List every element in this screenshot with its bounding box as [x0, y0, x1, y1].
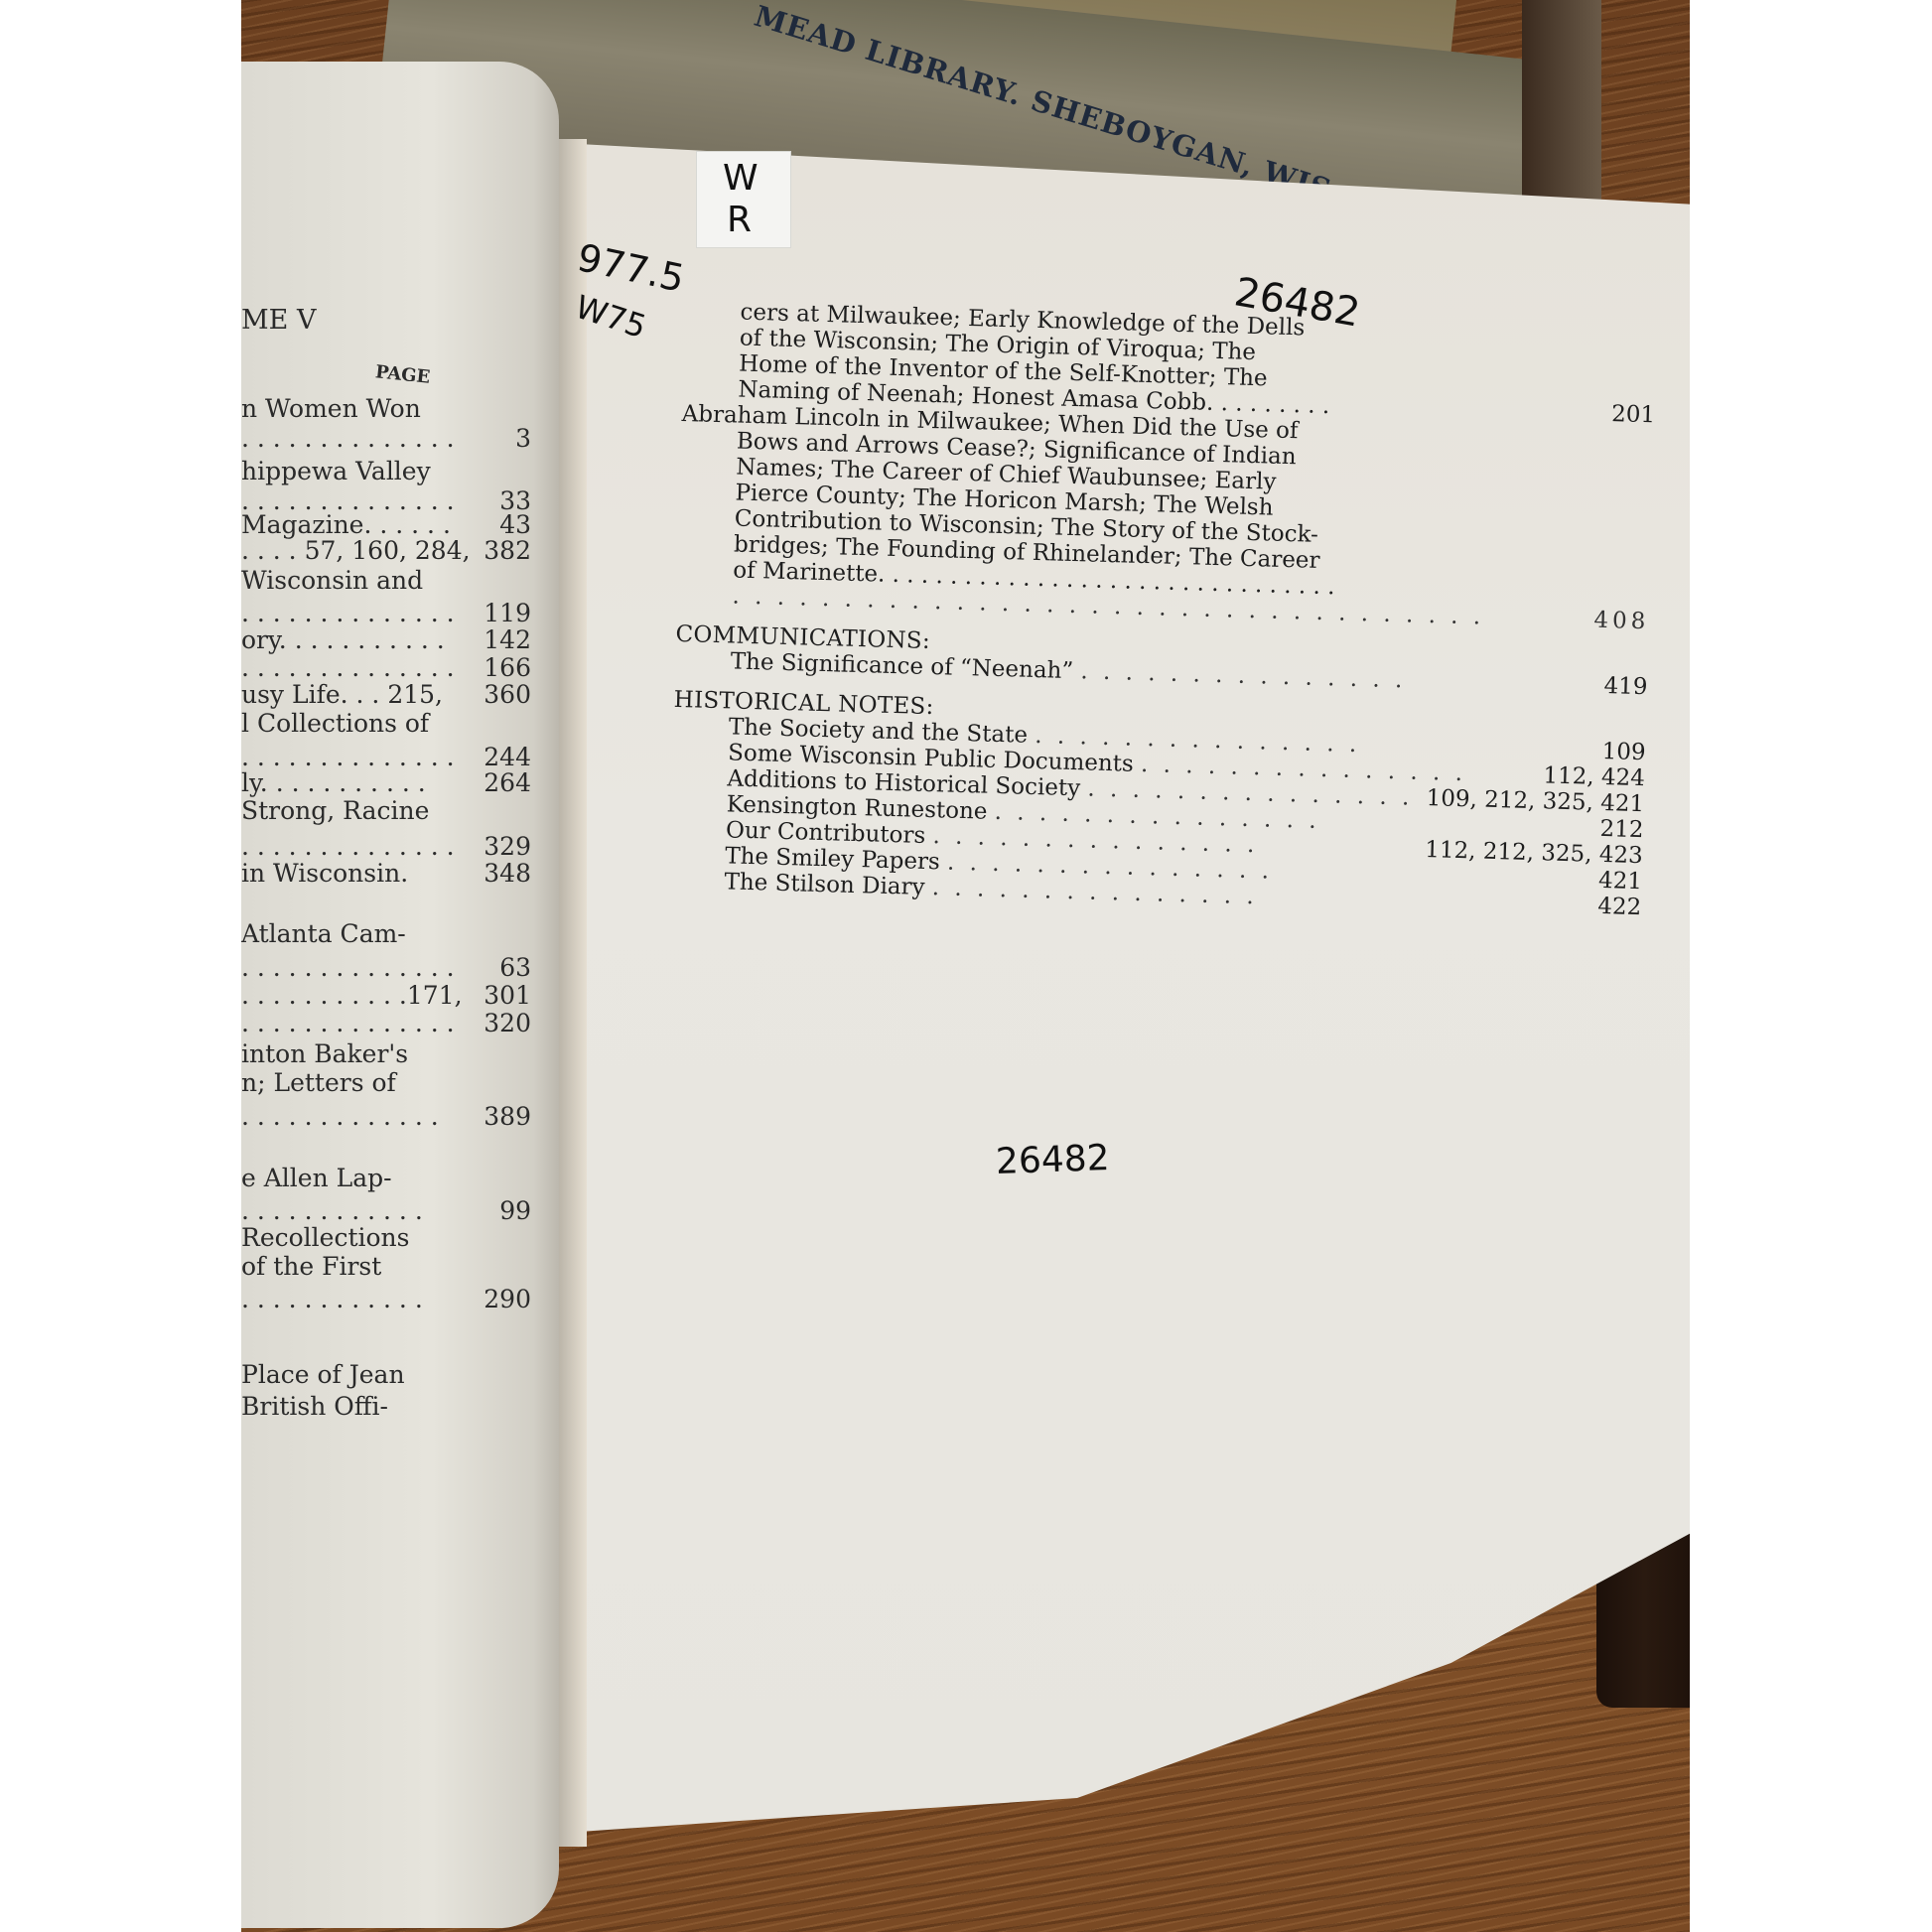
left-toc-page: 244: [472, 743, 531, 771]
left-toc-page: 63: [472, 953, 531, 982]
left-toc-fragment: . . . . 57, 160, 284,: [241, 536, 471, 565]
left-toc-fragment: . . . . . . . . . . .171,: [241, 981, 463, 1010]
left-toc-fragment: . . . . . . . . . . . .: [241, 1196, 423, 1225]
sticker-line: R: [727, 200, 752, 240]
toc-page-number: 109: [1601, 739, 1646, 765]
accession-number-middle: 26482: [995, 1138, 1110, 1182]
toc-page-number: 422: [1597, 894, 1642, 920]
left-toc-fragment: Wisconsin and: [241, 566, 423, 595]
left-toc-page: 389: [472, 1102, 531, 1131]
left-toc-fragment: . . . . . . . . . . . . . .: [241, 953, 455, 982]
left-toc-fragment: usy Life. . . 215,: [241, 680, 443, 709]
left-toc-fragment: e Allen Lap-: [241, 1164, 392, 1192]
right-page-toc: cers at Milwaukee; Early Knowledge of th…: [668, 298, 1657, 920]
left-toc-fragment: Strong, Racine: [241, 796, 429, 825]
left-toc-page: 329: [472, 832, 531, 861]
left-toc-page: 43: [472, 510, 531, 539]
book-photo: MEAD LIBRARY. SHEBOYGAN, WIS. ISCO AGAZ …: [241, 0, 1690, 1932]
left-toc-page: 99: [472, 1196, 531, 1225]
left-toc-fragment: . . . . . . . . . . . . . .: [241, 424, 455, 453]
volume-heading: ME V: [241, 305, 316, 336]
toc-page-number: 421: [1598, 868, 1643, 895]
call-number-sticker: W R: [696, 151, 791, 248]
left-toc-fragment: . . . . . . . . . . . .: [241, 1285, 423, 1313]
sticker-line: W: [723, 158, 759, 199]
left-toc-fragment: in Wisconsin.: [241, 859, 408, 888]
left-toc-page: 348: [472, 859, 531, 888]
toc-page-number: 408: [1593, 608, 1650, 635]
left-toc-page: 360: [472, 680, 531, 709]
toc-page-number: 112, 424: [1543, 762, 1645, 791]
left-toc-fragment: . . . . . . . . . . . . . .: [241, 653, 455, 682]
left-toc-fragment: . . . . . . . . . . . . . .: [241, 599, 455, 627]
left-toc-page: 3: [472, 424, 531, 453]
left-toc-fragment: inton Baker's: [241, 1039, 408, 1068]
toc-page-number: 419: [1603, 673, 1648, 700]
left-toc-fragment: . . . . . . . . . . . . . .: [241, 1009, 455, 1037]
left-toc-page: 119: [472, 599, 531, 627]
right-book-top: [1522, 0, 1601, 228]
left-toc-fragment: n Women Won: [241, 394, 421, 423]
left-toc-page: 264: [472, 768, 531, 797]
left-page: ME V PAGE n Women Won. . . . . . . . . .…: [241, 62, 559, 1928]
left-toc-page: 166: [472, 653, 531, 682]
left-toc-fragment: . . . . . . . . . . . . .: [241, 1102, 439, 1131]
toc-page-number: 212: [1599, 816, 1644, 843]
left-toc-fragment: British Offi-: [241, 1392, 388, 1421]
left-toc-fragment: Place of Jean: [241, 1360, 405, 1389]
left-toc-fragment: ory. . . . . . . . . . .: [241, 625, 445, 654]
left-toc-fragment: . . . . . . . . . . . . . .: [241, 832, 455, 861]
left-toc-page: 382: [472, 536, 531, 565]
left-toc-page: 301: [472, 981, 531, 1010]
left-toc-fragment: Magazine. . . . . .: [241, 510, 451, 539]
left-toc-page: 320: [472, 1009, 531, 1037]
left-toc-fragment: of the First: [241, 1252, 381, 1281]
left-toc-fragment: l Collections of: [241, 709, 429, 738]
left-toc-fragment: Atlanta Cam-: [241, 919, 406, 948]
left-toc-fragment: ly. . . . . . . . . . .: [241, 768, 426, 797]
left-toc-fragment: hippewa Valley: [241, 457, 431, 485]
left-toc-fragment: Recollections: [241, 1223, 409, 1252]
book-gutter: [557, 139, 587, 1847]
left-toc-fragment: . . . . . . . . . . . . . .: [241, 743, 455, 771]
left-toc-page: 290: [472, 1285, 531, 1313]
toc-page-number: 201: [1611, 401, 1656, 428]
left-toc-fragment: n; Letters of: [241, 1068, 396, 1097]
page-column-label: PAGE: [374, 361, 431, 388]
left-toc-page: 142: [472, 625, 531, 654]
